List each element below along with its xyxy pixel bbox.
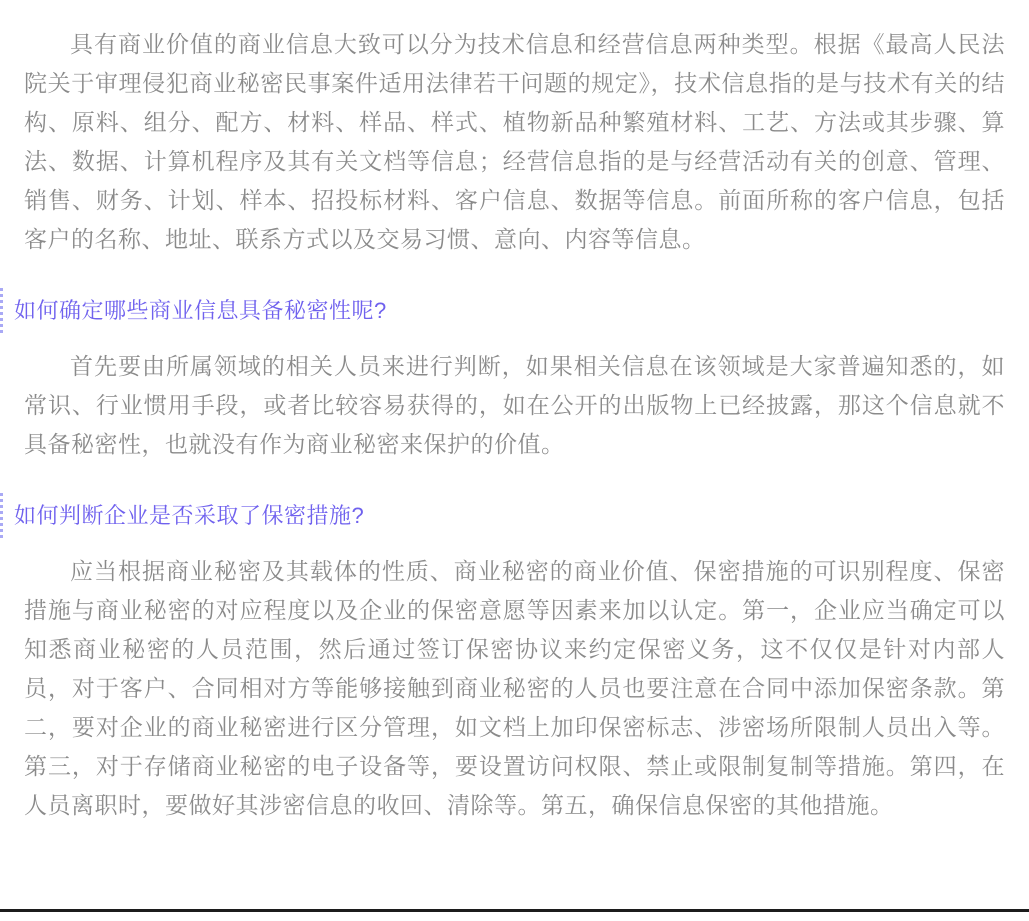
section-heading-secrecy-question: 如何确定哪些商业信息具备秘密性呢? [0, 288, 1029, 333]
paragraph-secrecy-judgment: 首先要由所属领域的相关人员来进行判断，如果相关信息在该领域是大家普遍知悉的，如常… [0, 347, 1029, 464]
section-heading-confidentiality-measures-question: 如何判断企业是否采取了保密措施? [0, 493, 1029, 538]
article-page: { "theme": { "background": "#ffffff", "b… [0, 0, 1029, 921]
paragraph-confidentiality-measures: 应当根据商业秘密及其载体的性质、商业秘密的商业价值、保密措施的可识别程度、保密措… [0, 552, 1029, 825]
bottom-divider [0, 909, 1029, 912]
article-body: 具有商业价值的商业信息大致可以分为技术信息和经营信息两种类型。根据《最高人民法院… [0, 0, 1029, 825]
paragraph-business-info-types: 具有商业价值的商业信息大致可以分为技术信息和经营信息两种类型。根据《最高人民法院… [0, 25, 1029, 259]
